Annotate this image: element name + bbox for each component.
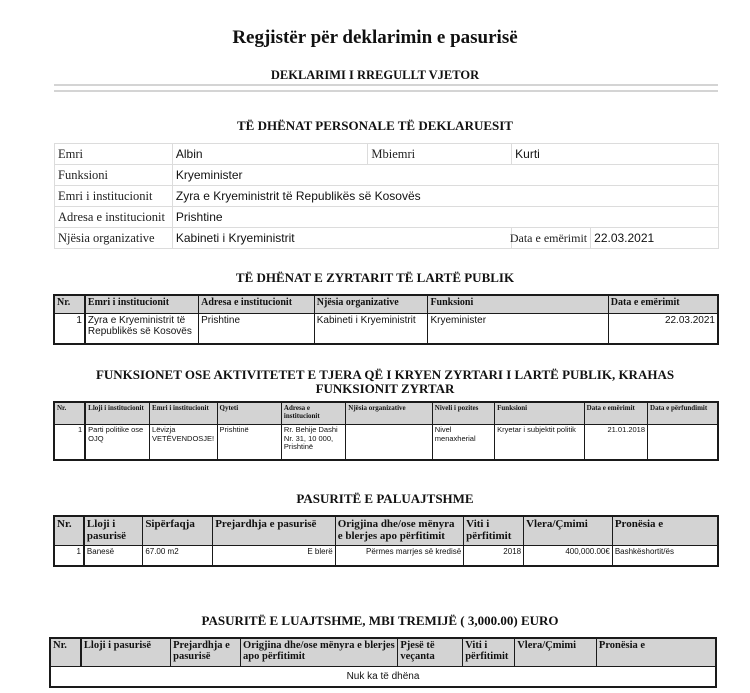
table-cell: 22.03.2021 [608,314,718,345]
personal-data-table: Emri Albin Mbiemri Kurti Funksioni Kryem… [54,143,719,249]
table-cell: Prishtine [199,314,315,345]
appointment-date-value: 22.03.2021 [591,231,654,245]
empty-message: Nuk ka të dhëna [50,667,716,688]
table-cell: Parti politike ose OJQ [85,425,149,461]
table-cell: Lëvizja VETËVENDOSJE! [150,425,217,461]
table-cell: 21.01.2018 [584,425,647,461]
column-header: Lloji i pasurisë [81,638,171,667]
table-cell: Banesë [84,546,143,567]
column-header: Viti i përfitimit [464,516,524,546]
table-cell: Kabineti i Kryeministrit [314,314,428,345]
table-cell: Kryetar i subjektit politik [495,425,585,461]
column-header: Njësia organizative [346,402,433,425]
column-header: Nr. [54,402,85,425]
first-name-label: Emri [55,144,173,165]
table-cell: Rr. Behije Dashi Nr. 31, 10 000, Prishti… [281,425,345,461]
column-header: Vlera/Çmimi [524,516,613,546]
org-unit-value: Kabineti i Kryeministrit [172,228,511,249]
function-label: Funksioni [55,165,173,186]
table-row: 1Banesë67.00 m2E blerëPërmes marrjes së … [54,546,718,567]
function-value: Kryeminister [172,165,718,186]
movable-table: Nr.Lloji i pasurisëPrejardhja e pasurisë… [49,637,717,688]
column-header: Nr. [54,516,84,546]
table-cell [648,425,718,461]
column-header: Lloji i institucionit [85,402,149,425]
institution-label: Emri i institucionit [55,186,173,207]
column-header: Niveli i pozites [432,402,494,425]
column-header: Viti i përfitimit [463,638,515,667]
immovable-table: Nr.Lloji i pasurisëSipërfaqjaPrejardhja … [53,515,719,567]
table-cell: Përmes marrjes së kredisë [335,546,463,567]
org-unit-label: Njësia organizative [55,228,173,249]
column-header: Origjina dhe/ose mënyra e blerjes apo pë… [335,516,463,546]
table-cell: 67.00 m2 [143,546,213,567]
first-name-value: Albin [172,144,368,165]
address-value: Prishtine [172,207,718,228]
table-cell: Zyra e Kryeministrit të Republikës së Ko… [85,314,199,345]
table-cell: Nivel menaxherial [432,425,494,461]
table-row: 1Parti politike ose OJQLëvizja VETËVENDO… [54,425,718,461]
column-header: Emri i institucionit [85,295,199,314]
empty-row: Nuk ka të dhëna [50,667,716,688]
column-header: Lloji i pasurisë [84,516,143,546]
table-cell [346,425,433,461]
last-name-value: Kurti [512,144,719,165]
table-cell: 1 [54,425,85,461]
column-header: Vlera/Çmimi [515,638,597,667]
column-header: Prejardhja e pasurisë [213,516,336,546]
last-name-label: Mbiemri [368,144,512,165]
address-label: Adresa e institucionit [55,207,173,228]
table-cell: Bashkëshortit/ës [612,546,718,567]
column-header: Emri i institucionit [150,402,217,425]
column-header: Prejardhja e pasurisë [171,638,241,667]
column-header: Data e emërimit [608,295,718,314]
table-cell: 1 [54,314,85,345]
column-header: Pjesë të veçanta [398,638,463,667]
column-header: Funksioni [428,295,608,314]
column-header: Data e emërimit [584,402,647,425]
declaration-type: DEKLARIMI I RREGULLT VJETOR [0,68,750,83]
column-header: Adresa e institucionit [199,295,315,314]
activities-table: Nr.Lloji i institucionitEmri i instituci… [53,401,719,461]
column-header: Pronësia e [596,638,716,667]
column-header: Sipërfaqja [143,516,213,546]
table-cell: 1 [54,546,84,567]
official-heading: TË DHËNAT E ZYRTARIT TË LARTË PUBLIK [0,270,750,286]
column-header: Adresa e institucionit [281,402,345,425]
column-header: Njësia organizative [314,295,428,314]
column-header: Pronësia e [612,516,718,546]
document-title: Regjistër për deklarimin e pasurisë [0,27,750,49]
table-cell: E blerë [213,546,336,567]
movable-heading: PASURITË E LUAJTSHME, MBI TREMIJË ( 3,00… [0,613,750,629]
column-header: Nr. [50,638,81,667]
table-cell: 2018 [464,546,524,567]
column-header: Funksioni [495,402,585,425]
column-header: Nr. [54,295,85,314]
immovable-heading: PASURITË E PALUAJTSHME [0,491,750,507]
table-cell: Prishtinë [217,425,281,461]
column-header: Origjina dhe/ose mënyra e blerjes apo pë… [241,638,398,667]
official-table: Nr.Emri i institucionitAdresa e instituc… [53,294,719,345]
table-cell: 400,000.00€ [524,546,613,567]
activities-heading: FUNKSIONET OSE AKTIVITETET E TJERA QË I … [60,368,710,396]
appointment-date-label: Data e emërimit [507,228,591,248]
personal-data-heading: TË DHËNAT PERSONALE TË DEKLARUESIT [0,118,750,134]
institution-value: Zyra e Kryeministrit të Republikës së Ko… [172,186,718,207]
column-header: Qyteti [217,402,281,425]
column-header: Data e përfundimit [648,402,718,425]
table-cell: Kryeminister [428,314,608,345]
divider [54,84,718,86]
table-row: 1Zyra e Kryeministrit të Republikës së K… [54,314,718,345]
divider [54,90,718,92]
